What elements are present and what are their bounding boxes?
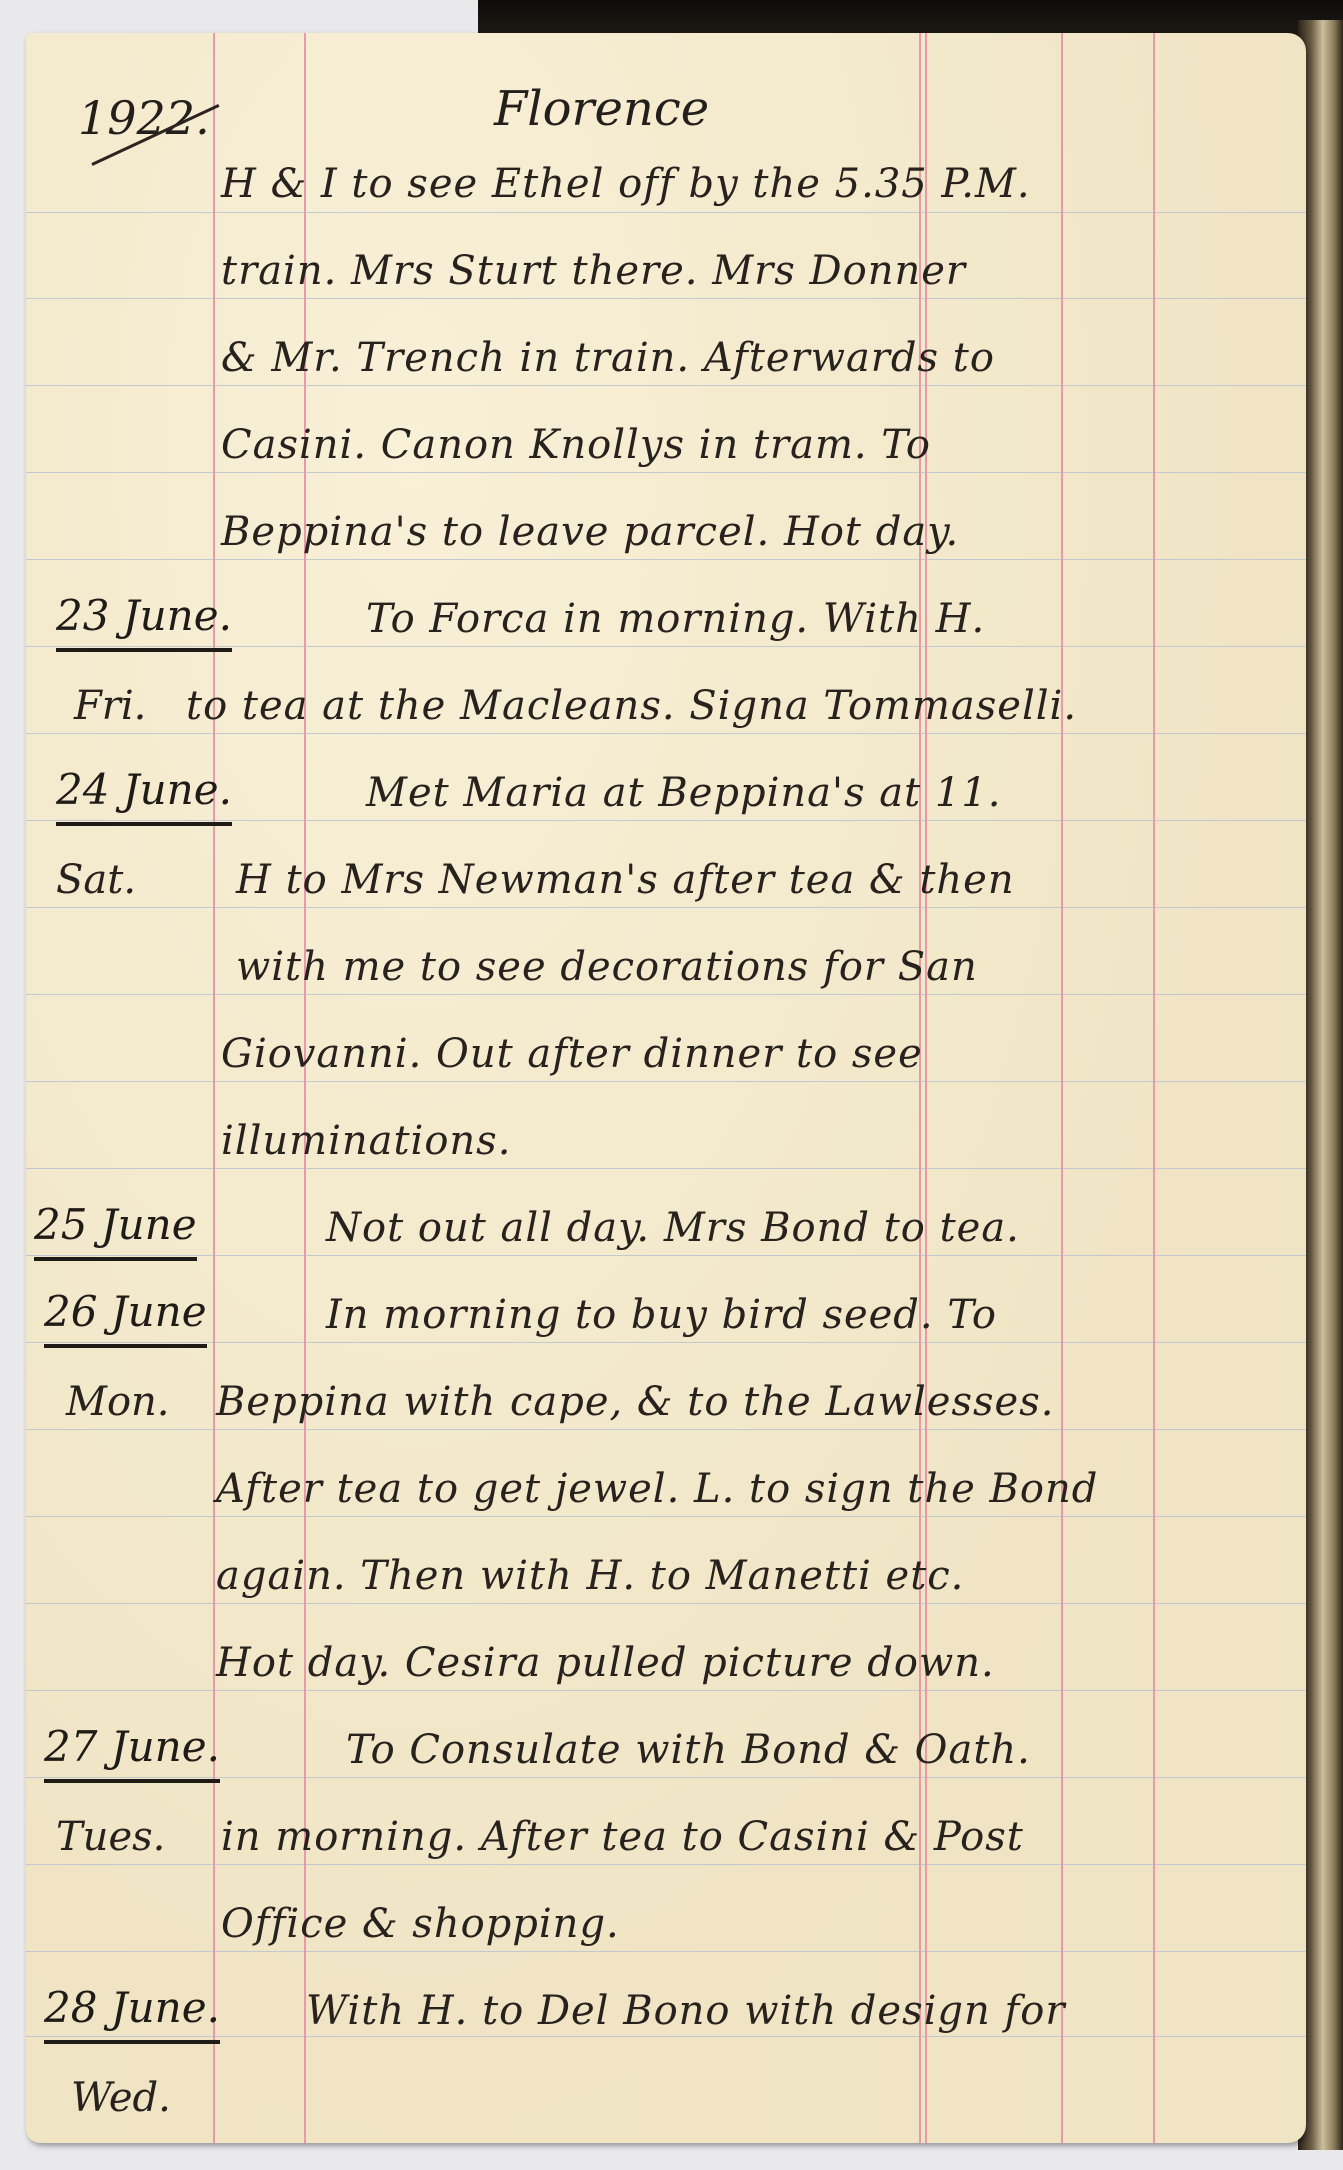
entry-line: After tea to get jewel. L. to sign the B… xyxy=(216,1466,1098,1512)
entry-line: to tea at the Macleans. Signa Tommaselli… xyxy=(186,683,1077,729)
entry-date: 28 June. xyxy=(44,1983,220,2044)
entry-line: Hot day. Cesira pulled picture down. xyxy=(216,1640,995,1686)
ruled-line xyxy=(26,1429,1306,1430)
entry-line: Met Maria at Beppina's at 11. xyxy=(366,770,1002,816)
ruled-line xyxy=(26,559,1306,560)
entry-weekday: Mon. xyxy=(66,1379,170,1425)
entry-line: again. Then with H. to Manetti etc. xyxy=(216,1553,964,1599)
entry-date: 24 June. xyxy=(56,765,232,826)
ruled-line xyxy=(26,1255,1306,1256)
entry-line: Casini. Canon Knollys in tram. To xyxy=(221,422,931,468)
ruled-line xyxy=(26,1081,1306,1082)
entry-line: To Forca in morning. With H. xyxy=(366,596,985,642)
entry-line: illuminations. xyxy=(221,1118,511,1164)
entry-line: To Consulate with Bond & Oath. xyxy=(346,1727,1031,1773)
entry-line: Office & shopping. xyxy=(221,1901,620,1947)
entry-weekday: Sat. xyxy=(56,857,136,903)
entry-line: H to Mrs Newman's after tea & then xyxy=(236,857,1015,903)
ruled-line xyxy=(26,385,1306,386)
ruled-line xyxy=(26,298,1306,299)
place-heading: Florence xyxy=(494,81,709,137)
ruled-line xyxy=(26,1864,1306,1865)
ruled-line xyxy=(26,907,1306,908)
entry-line: in morning. After tea to Casini & Post xyxy=(221,1814,1024,1860)
entry-line: In morning to buy bird seed. To xyxy=(326,1292,997,1338)
entry-weekday: Tues. xyxy=(56,1814,165,1860)
entry-date: 26 June xyxy=(44,1287,207,1348)
ruled-line xyxy=(26,1516,1306,1517)
margin-line xyxy=(213,33,215,2143)
entry-line: Giovanni. Out after dinner to see xyxy=(221,1031,923,1077)
ruled-line xyxy=(26,1603,1306,1604)
margin-line xyxy=(1061,33,1063,2143)
entry-weekday: Wed. xyxy=(71,2075,171,2121)
ruled-line xyxy=(26,1168,1306,1169)
margin-line xyxy=(1153,33,1155,2143)
ruled-line xyxy=(26,733,1306,734)
ruled-line xyxy=(26,1690,1306,1691)
entry-date: 25 June xyxy=(34,1200,197,1261)
entry-line: Beppina's to leave parcel. Hot day. xyxy=(221,509,959,555)
ruled-line xyxy=(26,472,1306,473)
entry-weekday: Fri. xyxy=(74,683,146,729)
entry-line: Not out all day. Mrs Bond to tea. xyxy=(326,1205,1020,1251)
ruled-line xyxy=(26,212,1306,213)
ruled-line xyxy=(26,994,1306,995)
entry-line: H & I to see Ethel off by the 5.35 P.M. xyxy=(221,161,1031,207)
entry-date: 27 June. xyxy=(44,1722,220,1783)
ruled-line xyxy=(26,1342,1306,1343)
entry-line: train. Mrs Sturt there. Mrs Donner xyxy=(221,248,966,294)
entry-line: with me to see decorations for San xyxy=(236,944,978,990)
entry-date: 23 June. xyxy=(56,591,232,652)
diary-page: 1922. Florence H & I to see Ethel off by… xyxy=(26,33,1306,2143)
entry-line: & Mr. Trench in train. Afterwards to xyxy=(221,335,995,381)
ruled-line xyxy=(26,1951,1306,1952)
entry-line: Beppina with cape, & to the Lawlesses. xyxy=(216,1379,1054,1425)
entry-line: With H. to Del Bono with design for xyxy=(306,1988,1066,2034)
